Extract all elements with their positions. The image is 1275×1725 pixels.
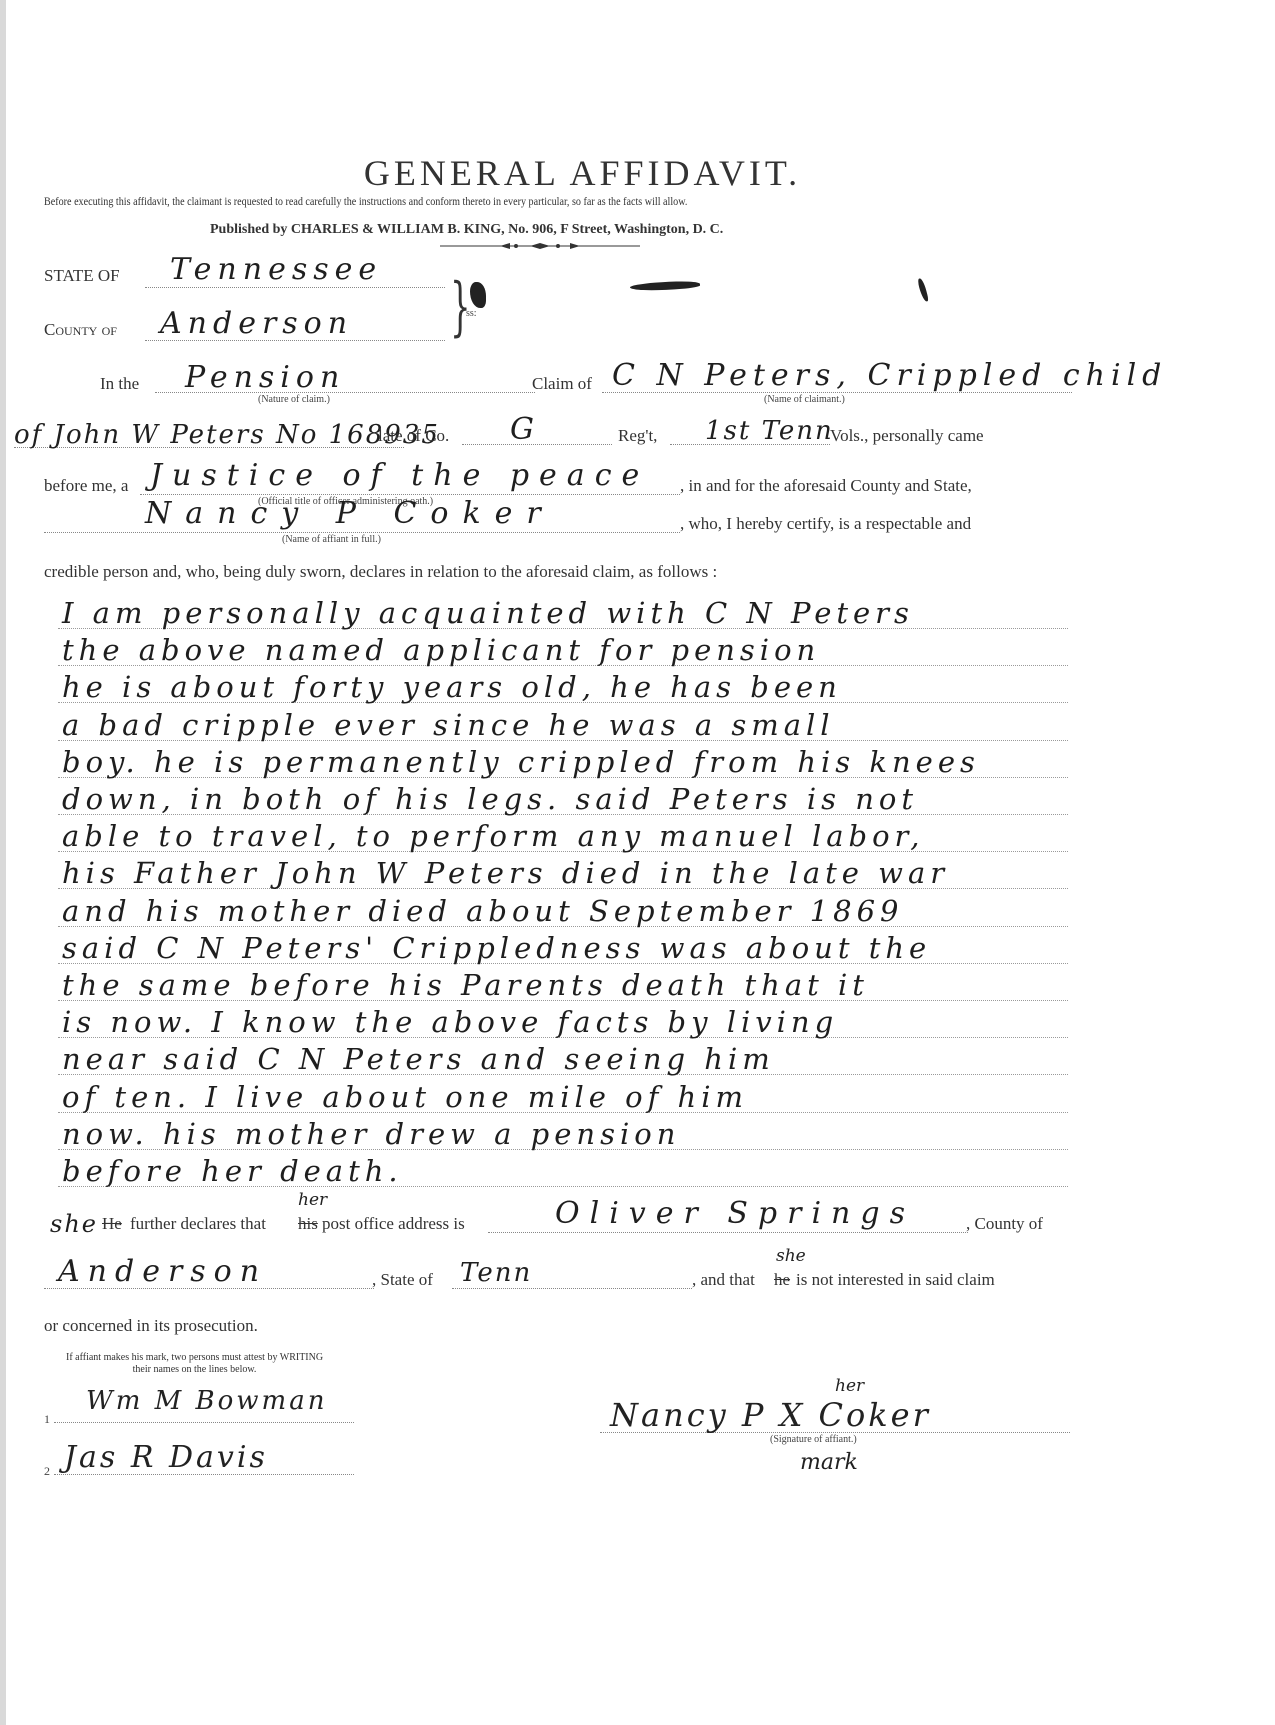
declaration-line: boy. he is permanently crippled from his… bbox=[62, 745, 980, 779]
form-title: GENERAL AFFIDAVIT. bbox=[0, 152, 1275, 194]
state2-line bbox=[452, 1288, 692, 1289]
not-interested-text: is not interested in said claim bbox=[796, 1270, 995, 1290]
regt-label: Reg't, bbox=[618, 426, 657, 446]
declaration-line: now. his mother drew a pension bbox=[62, 1117, 680, 1151]
affiant-name-value: Nancy P Coker bbox=[145, 496, 555, 531]
witness-1-name: Wm M Bowman bbox=[86, 1386, 327, 1416]
declaration-line: and his mother died about September 1869 bbox=[62, 894, 904, 928]
vols-label: Vols., personally came bbox=[830, 426, 984, 446]
attestation-line-2: their names on the lines below. bbox=[66, 1364, 323, 1376]
late-of-co-label: late of Co. bbox=[378, 426, 449, 446]
affiant-name-line bbox=[44, 532, 680, 533]
possessive-hand: her bbox=[298, 1190, 327, 1210]
declaration-line: I am personally acquainted with C N Pete… bbox=[62, 596, 914, 630]
nature-of-claim-value: Pension bbox=[185, 360, 345, 395]
pronoun2-hand: she bbox=[776, 1246, 806, 1266]
affiant-name-caption: (Name of affiant in full.) bbox=[282, 534, 381, 545]
county-of-label: , County of bbox=[966, 1214, 1043, 1234]
attestation-instructions: If affiant makes his mark, two persons m… bbox=[66, 1352, 323, 1376]
ink-blot-icon bbox=[470, 282, 486, 308]
address-state-value: Tenn bbox=[460, 1258, 532, 1288]
pronoun2-struck: he bbox=[774, 1270, 790, 1290]
declaration-line: his Father John W Peters died in the lat… bbox=[62, 856, 949, 890]
prosecution-text: or concerned in its prosecution. bbox=[44, 1316, 258, 1336]
declaration-line: down, in both of his legs. said Peters i… bbox=[62, 782, 918, 816]
state-of-label: , State of bbox=[372, 1270, 433, 1290]
witness-1-number: 1 bbox=[44, 1412, 50, 1427]
claimant-continued-value: of John W Peters No 168935 bbox=[14, 420, 440, 450]
scan-edge bbox=[0, 0, 6, 1725]
state-line bbox=[145, 287, 445, 288]
certify-text: , who, I hereby certify, is a respectabl… bbox=[680, 514, 971, 534]
declaration-line: able to travel, to perform any manuel la… bbox=[62, 819, 924, 853]
witness-1-line bbox=[54, 1422, 354, 1423]
post-office-value: Oliver Springs bbox=[555, 1196, 915, 1231]
signature-her-label: her bbox=[835, 1376, 864, 1396]
ink-blot-icon bbox=[630, 280, 700, 293]
pronoun-printed-struck: He bbox=[102, 1214, 122, 1234]
post-office-label: post office address is bbox=[322, 1214, 465, 1234]
declaration-line: the above named applicant for pension bbox=[62, 633, 820, 667]
possessive-struck: his bbox=[298, 1214, 318, 1234]
before-me-label: before me, a bbox=[44, 476, 128, 496]
post-office-line bbox=[488, 1232, 968, 1233]
pronoun-hand: she bbox=[50, 1210, 98, 1238]
brace-icon: } bbox=[450, 270, 470, 344]
county-value: Anderson bbox=[160, 306, 353, 341]
state-value: Tennessee bbox=[170, 252, 382, 287]
witness-2-number: 2 bbox=[44, 1464, 50, 1479]
nature-caption: (Nature of claim.) bbox=[258, 394, 330, 405]
declaration-line: a bad cripple ever since he was a small bbox=[62, 708, 835, 742]
form-instructions: Before executing this affidavit, the cla… bbox=[44, 196, 687, 208]
declaration-line: of ten. I live about one mile of him bbox=[62, 1080, 748, 1114]
declaration-line: the same before his Parents death that i… bbox=[62, 968, 869, 1002]
attestation-line-1: If affiant makes his mark, two persons m… bbox=[66, 1352, 323, 1364]
and-that-label: , and that bbox=[692, 1270, 755, 1290]
further-declares-text: further declares that bbox=[130, 1214, 266, 1234]
regiment-value: 1st Tenn bbox=[705, 416, 834, 446]
declaration-line: before her death. bbox=[62, 1154, 403, 1188]
claim-of-label: Claim of bbox=[532, 374, 592, 394]
declaration-line: he is about forty years old, he has been bbox=[62, 670, 842, 704]
declaration-line: is now. I know the above facts by living bbox=[62, 1005, 838, 1039]
signature-mark-label: mark bbox=[800, 1450, 858, 1475]
officer-title-value: Justice of the peace bbox=[150, 458, 649, 493]
ss-label: ss: bbox=[466, 308, 477, 319]
affiant-signature: Nancy P X Coker bbox=[610, 1396, 931, 1434]
credible-text: credible person and, who, being duly swo… bbox=[44, 562, 717, 582]
witness-2-name: Jas R Davis bbox=[64, 1440, 268, 1475]
state-label: STATE OF bbox=[44, 266, 120, 286]
officer-title-line bbox=[140, 494, 680, 495]
declaration-line: near said C N Peters and seeing him bbox=[62, 1042, 775, 1076]
ornament-divider-icon bbox=[440, 242, 640, 250]
signature-caption: (Signature of affiant.) bbox=[770, 1434, 857, 1445]
declaration-line: said C N Peters' Crippledness was about … bbox=[62, 931, 931, 965]
officer-suffix: , in and for the aforesaid County and St… bbox=[680, 476, 972, 496]
address-county-value: Anderson bbox=[58, 1254, 267, 1289]
in-the-label: In the bbox=[100, 374, 139, 394]
company-value: G bbox=[510, 412, 540, 447]
county-label: County of bbox=[44, 320, 117, 340]
claimant-caption: (Name of claimant.) bbox=[764, 394, 845, 405]
ink-blot-icon bbox=[917, 278, 929, 303]
claimant-value: C N Peters, Crippled child bbox=[612, 358, 1167, 393]
publisher-line: Published by CHARLES & WILLIAM B. KING, … bbox=[210, 222, 723, 238]
